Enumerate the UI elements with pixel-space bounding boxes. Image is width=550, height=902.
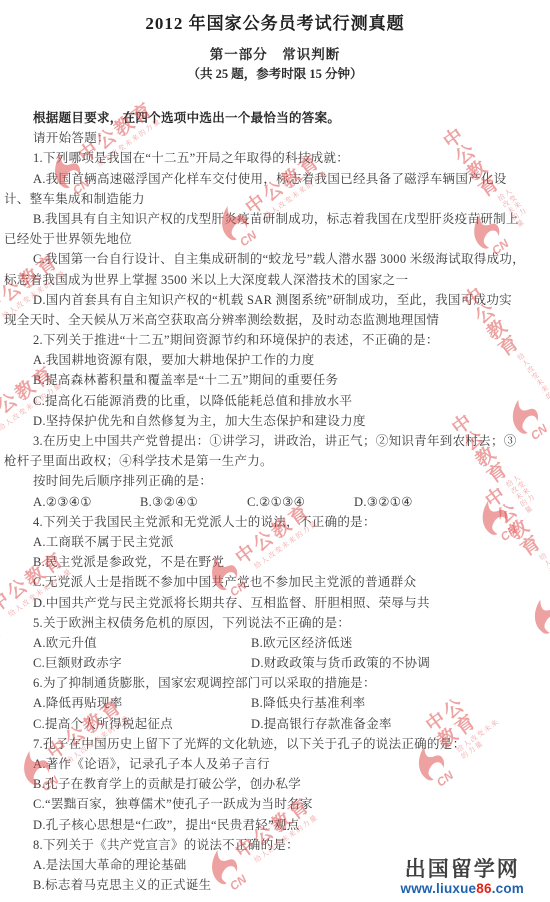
text-line: 枪杆子里面出政权；④科学技术是第一生产力。 — [4, 451, 546, 471]
answer-option: A.②③④① — [33, 492, 140, 512]
url-86: 86 — [476, 881, 491, 896]
answer-option: D.财政政策与货币政策的不协调 — [251, 653, 430, 673]
answer-option: A.欧元升值 — [33, 633, 251, 653]
text-line: A.我国耕地资源有限，要加大耕地保护工作的力度 — [4, 350, 546, 370]
answer-option: C.②①③④ — [247, 492, 354, 512]
answer-option: B.欧元区经济低迷 — [251, 633, 353, 653]
answer-option: D.提高银行存款准备金率 — [251, 714, 392, 734]
text-line: C.无党派人士是指既不参加中国共产党也不参加民主党派的普通群众 — [4, 572, 546, 592]
url-suffix: .com — [492, 881, 524, 896]
exam-document-page: 2012 年国家公务员考试行测真题 第一部分 常识判断 （共 25 题，参考时限… — [0, 0, 550, 902]
site-footer-logo: 出国留学网 www.liuxue86.com — [401, 859, 525, 896]
text-line: 按时间先后顺序排列正确的是： — [4, 471, 546, 491]
text-line: 1.下列哪项是我国在“十二五”开局之年取得的科技成就： — [4, 148, 546, 168]
text-line: A.工商联不属于民主党派 — [4, 532, 546, 552]
text-line: C.巨额财政赤字D.财政政策与货币政策的不协调 — [4, 653, 546, 673]
text-line: 2.下列关于推进“十二五”期间资源节约和环境保护的表述，不正确的是： — [4, 330, 546, 350]
answer-option: C.巨额财政赤字 — [33, 653, 251, 673]
url-prefix: www.liuxue — [401, 881, 477, 896]
text-line: D.国内首套具有自主知识产权的“机载 SAR 测图系统”研制成功，至此，我国可成… — [4, 290, 546, 310]
page-title: 2012 年国家公务员考试行测真题 — [4, 12, 546, 36]
section-heading: 第一部分 常识判断 — [4, 46, 546, 64]
site-url-link[interactable]: www.liuxue86.com — [401, 882, 525, 896]
text-line: C.提高化石能源消费的比重，以降低能耗总值和排放水平 — [4, 391, 546, 411]
text-line: C.“罢黜百家，独尊儒术”使孔子一跃成为当时名家 — [4, 794, 546, 814]
answer-option: B.降低央行基准利率 — [251, 693, 365, 713]
text-line: 5.关于欧洲主权债务危机的原因，下列说法不正确的是： — [4, 613, 546, 633]
text-line: C.我国第一台自行设计、自主集成研制的“蛟龙号”载人潜水器 3000 米级海试取… — [4, 249, 546, 269]
text-line: A.我国首辆高速磁浮国产化样车交付使用，标志着我国已经具备了磁浮车辆国产化设 — [4, 169, 546, 189]
text-line: C.提高个人所得税起征点D.提高银行存款准备金率 — [4, 714, 546, 734]
question-text-block: 根据题目要求，在四个选项中选出一个最恰当的答案。请开始答题：1.下列哪项是我国在… — [4, 108, 546, 895]
text-line: 现全天时、全天候从万米高空获取高分辨率测绘数据，及时动态监测地理国情 — [4, 310, 546, 330]
answer-option: C.提高个人所得税起征点 — [33, 714, 251, 734]
text-line: A.降低再贴现率B.降低央行基准利率 — [4, 693, 546, 713]
text-line: B.提高森林蓄积量和覆盖率是“十二五”期间的重要任务 — [4, 370, 546, 390]
text-line: A.欧元升值B.欧元区经济低迷 — [4, 633, 546, 653]
text-line: 根据题目要求，在四个选项中选出一个最恰当的答案。 — [4, 108, 546, 128]
text-line: 计、整车集成和制造能力 — [4, 189, 546, 209]
text-line: 4.下列关于我国民主党派和无党派人士的说法，不正确的是： — [4, 512, 546, 532]
text-line: 已经处于世界领先地位 — [4, 229, 546, 249]
text-line: 6.为了抑制通货膨胀，国家宏观调控部门可以采取的措施是： — [4, 673, 546, 693]
text-line: B.我国具有自主知识产权的戊型肝炎疫苗研制成功，标志着我国在戊型肝炎疫苗研制上 — [4, 209, 546, 229]
text-line: B.民主党派是参政党，不是在野党 — [4, 552, 546, 572]
answer-option: A.降低再贴现率 — [33, 693, 251, 713]
text-line: 8.下列关于《共产党宣言》的说法不正确的是： — [4, 835, 546, 855]
answer-option: B.③②④① — [140, 492, 247, 512]
text-line: D.中国共产党与民主党派将长期共存、互相监督、肝胆相照、荣辱与共 — [4, 593, 546, 613]
text-line: A.著作《论语》，记录孔子本人及弟子言行 — [4, 754, 546, 774]
site-name: 出国留学网 — [401, 859, 525, 881]
text-line: 标志着我国成为世界上掌握 3500 米以上大深度载人深潜技术的国家之一 — [4, 270, 546, 290]
text-line: D.孔子核心思想是“仁政”，提出“民贵君轻”观点 — [4, 815, 546, 835]
text-line: D.坚持保护优先和自然修复为主，加大生态保护和建设力度 — [4, 411, 546, 431]
text-line: 3.在历史上中国共产党曾提出：①讲学习，讲政治，讲正气；②知识青年到农村去；③ — [4, 431, 546, 451]
text-line: B.孔子在教育学上的贡献是打破公学，创办私学 — [4, 774, 546, 794]
text-line: A.②③④①B.③②④①C.②①③④D.③②①④ — [4, 492, 546, 512]
text-line: 请开始答题： — [4, 128, 546, 148]
text-line: 7.孔子在中国历史上留下了光辉的文化轨迹，以下关于孔子的说法正确的是： — [4, 734, 546, 754]
time-limit-note: （共 25 题，参考时限 15 分钟） — [4, 65, 546, 83]
answer-option: D.③②①④ — [354, 492, 461, 512]
